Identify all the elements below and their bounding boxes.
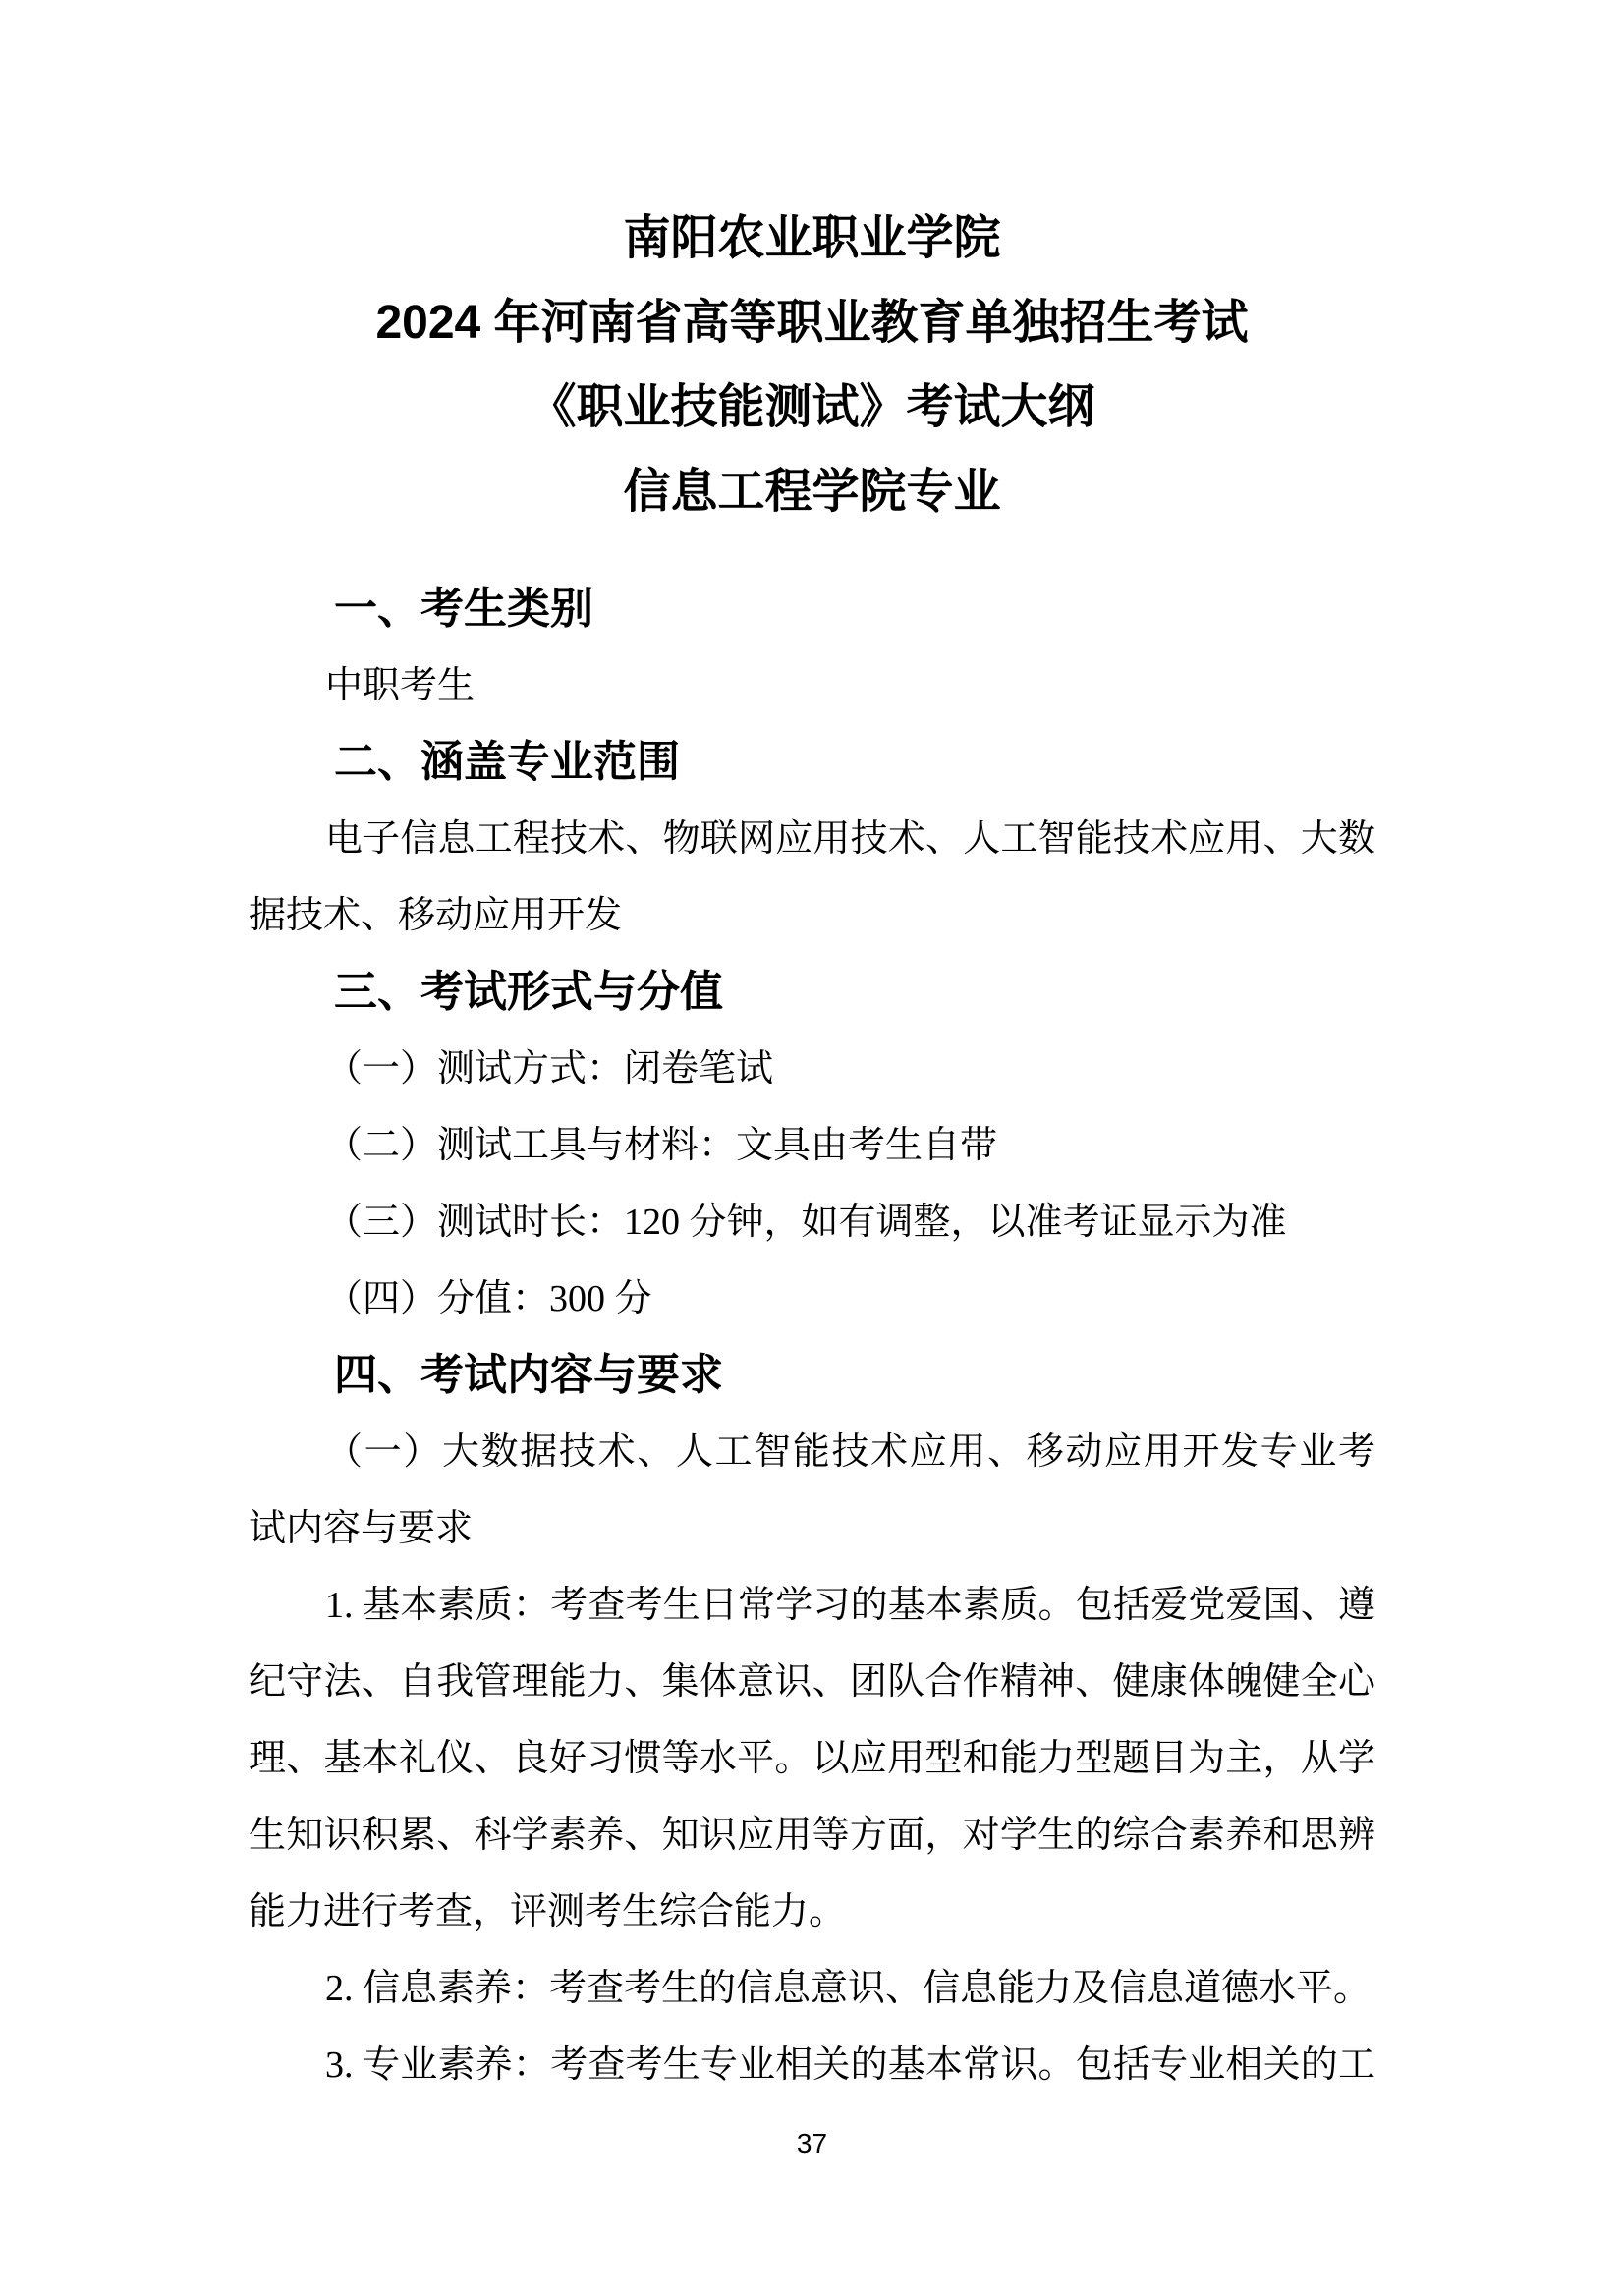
title-line: 2024 年河南省高等职业教育单独招生考试	[249, 281, 1375, 365]
document-title-block: 南阳农业职业学院 2024 年河南省高等职业教育单独招生考试 《职业技能测试》考…	[249, 0, 1375, 534]
document-content: 南阳农业职业学院 2024 年河南省高等职业教育单独招生考试 《职业技能测试》考…	[249, 0, 1375, 2103]
title-line: 《职业技能测试》考试大纲	[249, 365, 1375, 450]
body-line: 3. 专业素养：考查考生专业相关的基本常识。包括专业相关的工	[249, 2027, 1375, 2103]
body-line: 生知识积累、科学素养、知识应用等方面，对学生的综合素养和思辨	[249, 1797, 1375, 1874]
body-line: （四）分值：300 分	[249, 1260, 1375, 1337]
body-line: 试内容与要求	[249, 1490, 1375, 1567]
body-line: 中职考生	[249, 647, 1375, 724]
section-heading: 一、考生类别	[249, 571, 1375, 647]
title-line: 南阳农业职业学院	[249, 196, 1375, 281]
body-line: 2. 信息素养：考查考生的信息意识、信息能力及信息道德水平。	[249, 1950, 1375, 2027]
body-line: 理、基本礼仪、良好习惯等水平。以应用型和能力型题目为主，从学	[249, 1720, 1375, 1797]
body-line: 1. 基本素质：考查考生日常学习的基本素质。包括爱党爱国、遵	[249, 1567, 1375, 1644]
body-line: 据技术、移动应用开发	[249, 877, 1375, 954]
body-line: 电子信息工程技术、物联网应用技术、人工智能技术应用、大数	[249, 801, 1375, 877]
document-page: 南阳农业职业学院 2024 年河南省高等职业教育单独招生考试 《职业技能测试》考…	[0, 0, 1624, 2296]
section-heading: 四、考试内容与要求	[249, 1337, 1375, 1414]
section-heading: 三、考试形式与分值	[249, 954, 1375, 1031]
document-body: 一、考生类别 中职考生 二、涵盖专业范围 电子信息工程技术、物联网应用技术、人工…	[249, 571, 1375, 2103]
body-line: （二）测试工具与材料：文具由考生自带	[249, 1107, 1375, 1184]
title-line: 信息工程学院专业	[249, 450, 1375, 534]
body-line: （一）测试方式：闭卷笔试	[249, 1031, 1375, 1107]
section-heading: 二、涵盖专业范围	[249, 724, 1375, 801]
page-number: 37	[0, 2128, 1624, 2159]
body-line: （三）测试时长：120 分钟，如有调整，以准考证显示为准	[249, 1184, 1375, 1260]
body-line: 纪守法、自我管理能力、集体意识、团队合作精神、健康体魄健全心	[249, 1644, 1375, 1720]
body-line: （一）大数据技术、人工智能技术应用、移动应用开发专业考	[249, 1414, 1375, 1490]
body-line: 能力进行考查，评测考生综合能力。	[249, 1874, 1375, 1950]
